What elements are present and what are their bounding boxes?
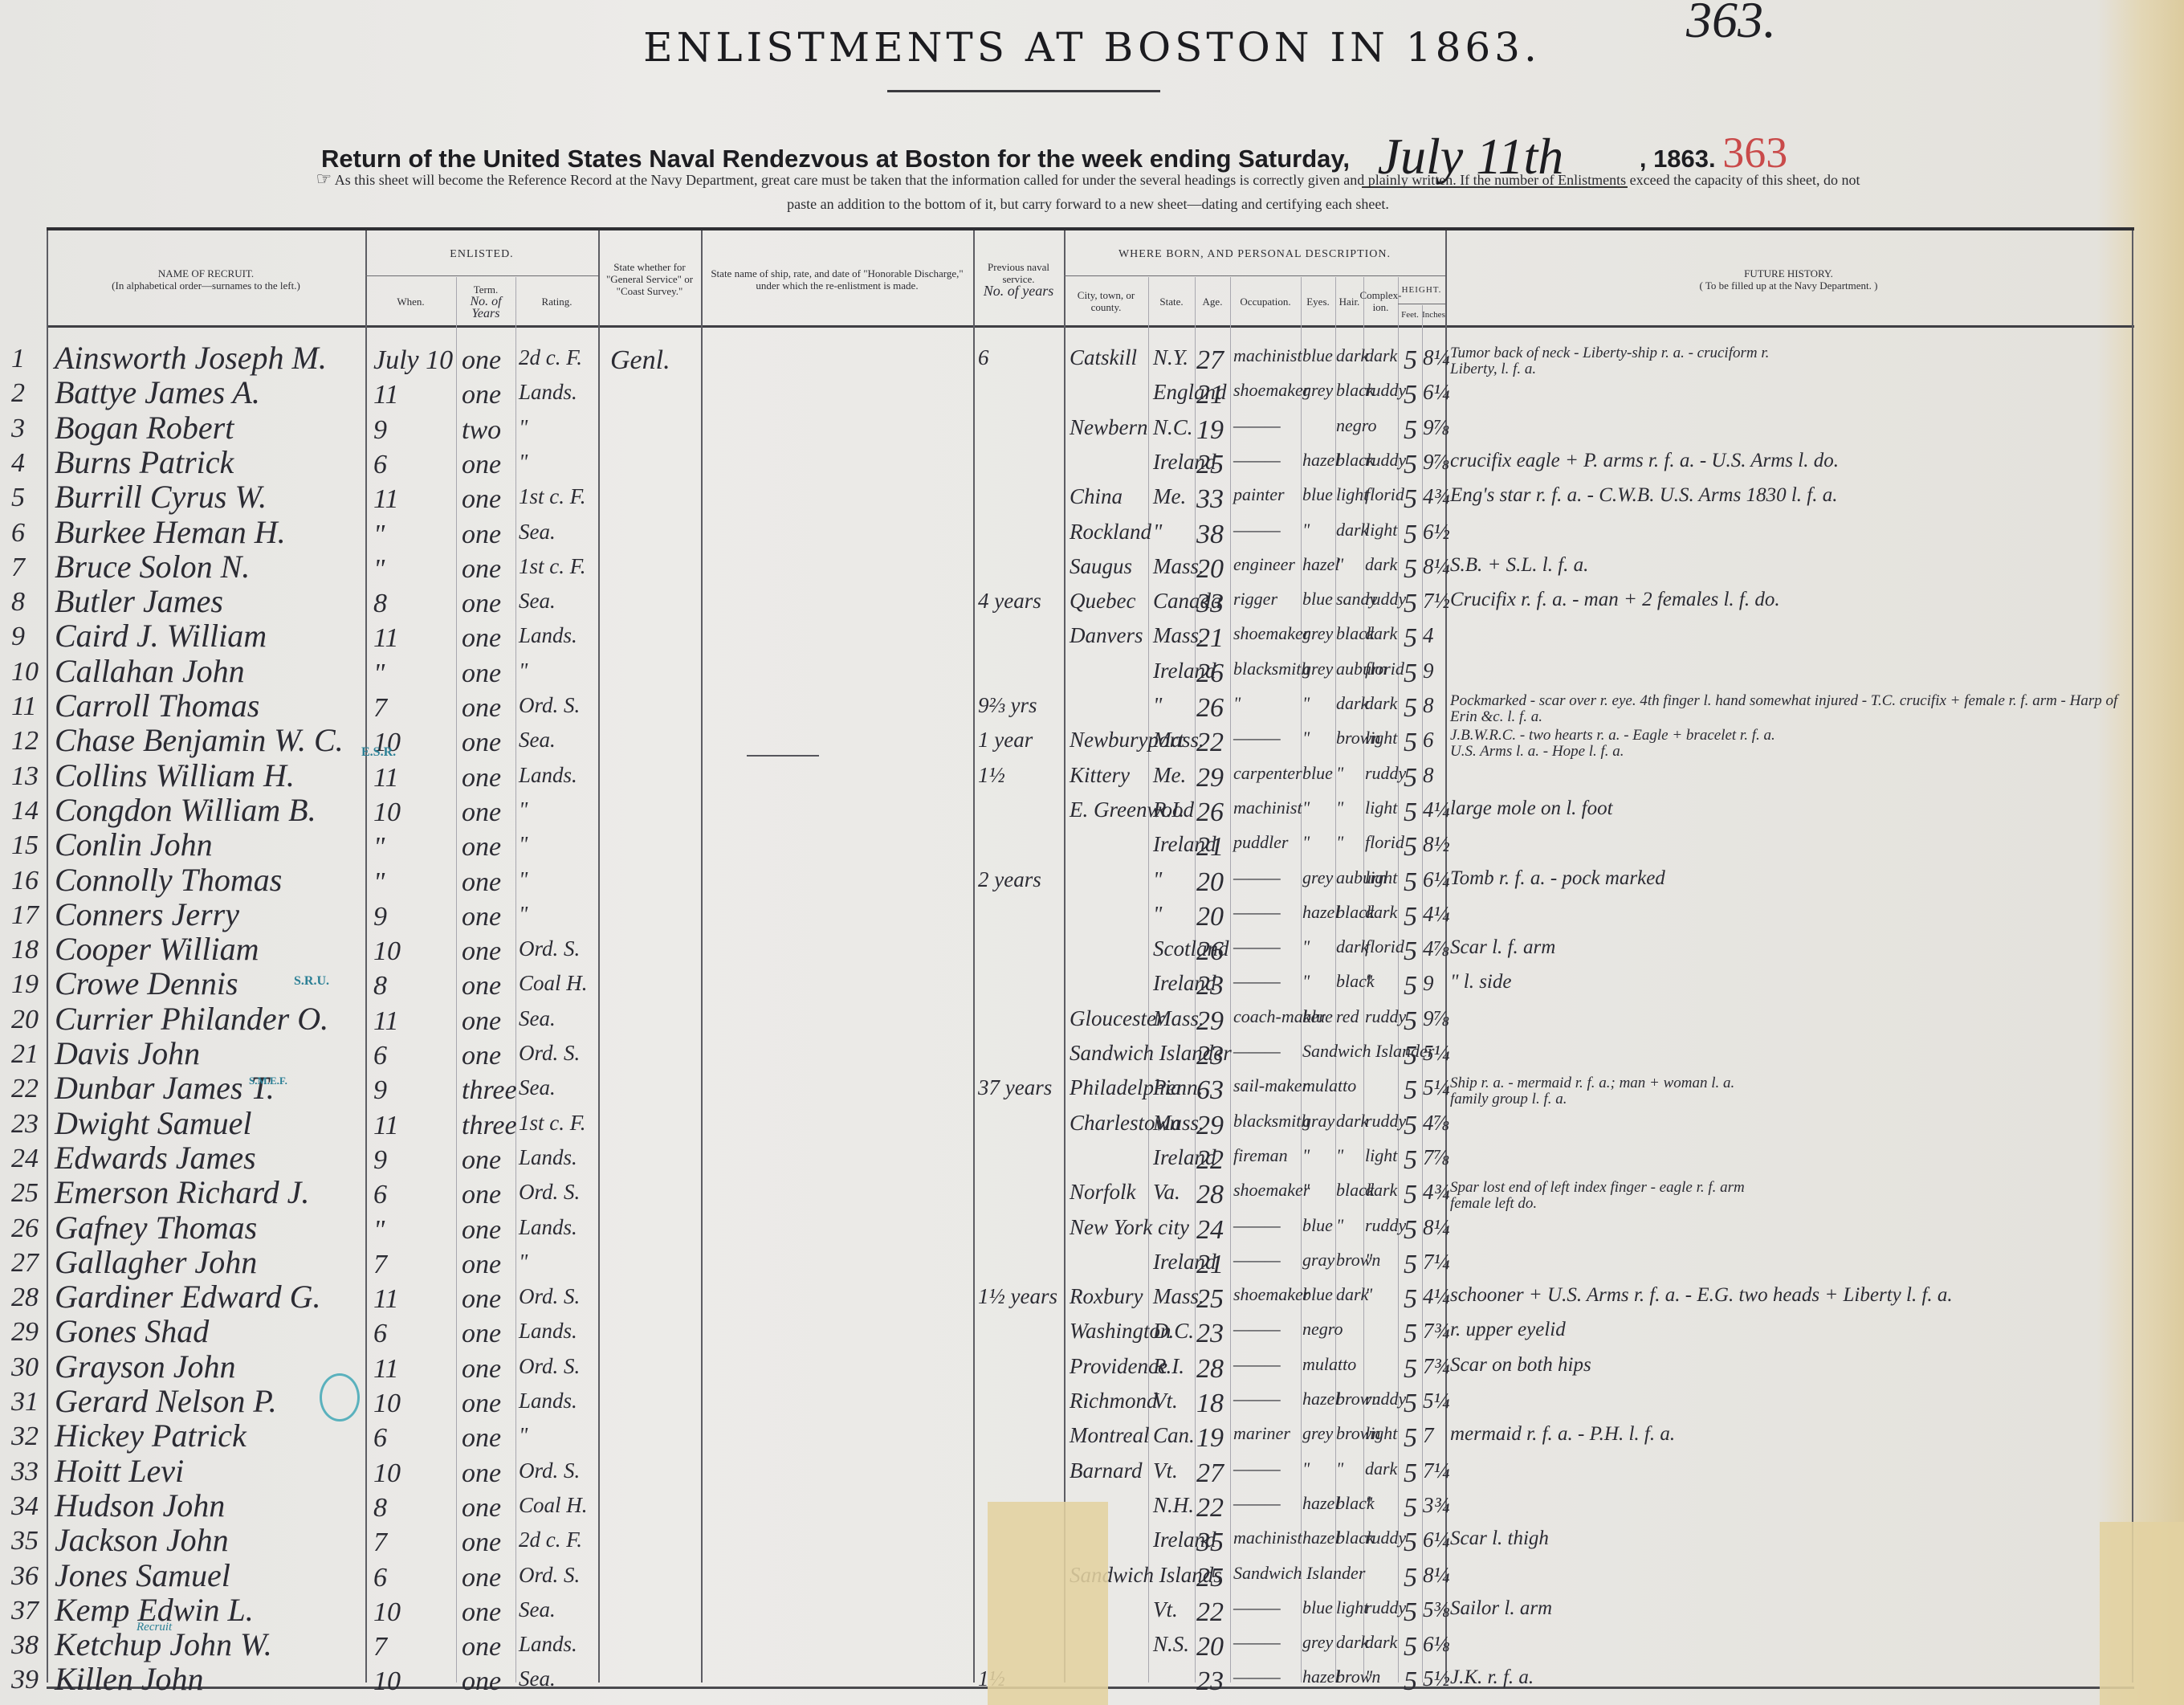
cell-rating: Sea. — [519, 1597, 556, 1622]
cell-rating: Coal H. — [519, 971, 588, 996]
cell-eyes: " — [1302, 832, 1310, 853]
cell-age: 27 — [1196, 1458, 1224, 1489]
cell-rating: " — [519, 902, 528, 927]
cell-comp: dark — [1365, 1632, 1397, 1653]
cell-when: " — [373, 1215, 385, 1246]
cell-occ: painter — [1233, 484, 1285, 505]
cell-n: 6 — [11, 518, 25, 549]
cell-eyes: blue — [1302, 1215, 1333, 1236]
cell-occ: ——— — [1233, 1354, 1281, 1375]
cell-comp: florid — [1365, 659, 1404, 679]
cell-rating: Lands. — [519, 1632, 577, 1657]
cell-when: 6 — [373, 1563, 387, 1593]
cell-rating: Lands. — [519, 1145, 577, 1170]
paper-tape-patch — [988, 1502, 1108, 1705]
cell-n: 16 — [11, 866, 39, 896]
blue-stamp-row19: S.R.U. — [294, 974, 329, 989]
cell-n: 36 — [11, 1561, 39, 1592]
cell-hair: " — [1336, 554, 1343, 575]
cell-occ: ——— — [1233, 1597, 1281, 1618]
cell-term: one — [462, 1458, 501, 1489]
cell-occ: machinist — [1233, 345, 1302, 366]
cell-state: " — [1153, 520, 1162, 545]
cell-age: 21 — [1196, 380, 1224, 410]
cell-hair: " — [1336, 1215, 1343, 1236]
cell-ft: 5 — [1404, 867, 1417, 898]
cell-in: 6 — [1423, 728, 1434, 753]
cell-state: " — [1153, 902, 1162, 927]
cell-n: 1 — [11, 344, 25, 374]
cell-city: China — [1070, 484, 1123, 509]
notice-line-2: paste an addition to the bottom of it, b… — [787, 196, 1389, 212]
cell-city: Newbern — [1070, 415, 1148, 440]
cell-eyes: grey — [1302, 1632, 1333, 1653]
cell-name: Cooper William — [55, 930, 259, 968]
cell-ft: 5 — [1404, 1041, 1417, 1071]
cell-when: 10 — [373, 1458, 401, 1489]
cell-eyes: blue — [1302, 1006, 1333, 1027]
cell-ft: 5 — [1404, 1528, 1417, 1558]
cell-in: 7¾ — [1423, 1319, 1450, 1344]
cell-occ: ——— — [1233, 1389, 1281, 1409]
cell-name: Gardiner Edward G. — [55, 1278, 320, 1315]
cell-in: 6¼ — [1423, 380, 1450, 405]
cell-name: Jones Samuel — [55, 1556, 230, 1594]
cell-hair: negro — [1336, 415, 1377, 436]
cell-term: one — [462, 693, 501, 724]
cell-age: 23 — [1196, 971, 1224, 1001]
cell-in: 5¼ — [1423, 1075, 1450, 1100]
cell-age: 35 — [1196, 1528, 1224, 1558]
cell-name: Gerard Nelson P. — [55, 1382, 277, 1420]
cell-n: 23 — [11, 1109, 39, 1140]
cell-when: 7 — [373, 1250, 387, 1280]
cell-notes: Ship r. a. - mermaid r. f. a.; man + wom… — [1450, 1075, 1734, 1091]
cell-comp: ruddy — [1365, 1006, 1406, 1027]
cell-state: Vt. — [1153, 1389, 1178, 1413]
cell-occ: ——— — [1233, 450, 1281, 471]
cell-state: Me. — [1153, 484, 1186, 509]
cell-city: Richmond — [1070, 1389, 1157, 1413]
cell-notes: large mole on l. foot — [1450, 797, 1613, 820]
cell-occ: carpenter — [1233, 763, 1302, 784]
cell-name: Currier Philander O. — [55, 1000, 328, 1038]
cell-when: 11 — [373, 380, 398, 410]
cell-comp: " — [1365, 1284, 1372, 1305]
cell-ft: 5 — [1404, 623, 1417, 654]
cell-ft: 5 — [1404, 554, 1417, 585]
cell-notes-continued: Erin &c. l. f. a. — [1450, 709, 1542, 724]
cell-rating: " — [519, 450, 528, 475]
header-honorable-discharge: State name of ship, rate, and date of "H… — [701, 233, 973, 325]
table-row: 25Emerson Richard J.6oneOrd. S.NorfolkVa… — [0, 1180, 2184, 1213]
cell-rating: Sea. — [519, 728, 556, 753]
header-height: HEIGHT. — [1398, 277, 1445, 304]
table-row: 23Dwight Samuel11three1st c. F.Charlesto… — [0, 1111, 2184, 1144]
cell-occ: ——— — [1233, 520, 1281, 540]
cell-state: " — [1153, 867, 1162, 892]
cell-eyes: blue — [1302, 345, 1333, 366]
cell-rating: Lands. — [519, 1319, 577, 1344]
table-row: 17Conners Jerry9one""20———hazelblackdark… — [0, 902, 2184, 936]
cell-n: 15 — [11, 830, 39, 861]
table-row: 32Hickey Patrick6one"MontrealCan.19marin… — [0, 1423, 2184, 1457]
cell-term: one — [462, 589, 501, 619]
cell-occ: sail-maker — [1233, 1075, 1309, 1096]
cell-occ: rigger — [1233, 589, 1277, 610]
cell-when: 9 — [373, 415, 387, 446]
cell-prev: 1½ years — [978, 1284, 1057, 1309]
cell-in: 8 — [1423, 763, 1434, 788]
cell-comp: light — [1365, 728, 1397, 748]
cell-comp: " — [1365, 1250, 1372, 1271]
cell-name: Bogan Robert — [55, 409, 234, 447]
cell-age: 33 — [1196, 589, 1224, 619]
cell-occ: ——— — [1233, 1215, 1281, 1236]
cell-term: one — [462, 1354, 501, 1385]
cell-term: one — [462, 1006, 501, 1037]
cell-notes: mermaid r. f. a. - P.H. l. f. a. — [1450, 1423, 1675, 1446]
cell-occ: puddler — [1233, 832, 1288, 853]
cell-rating: Sea. — [519, 589, 556, 614]
cell-in: 6¼ — [1423, 1528, 1450, 1552]
cell-n: 35 — [11, 1526, 39, 1556]
cell-name: Emerson Richard J. — [55, 1173, 309, 1211]
cell-term: one — [462, 1180, 501, 1210]
cell-name: Dwight Samuel — [55, 1104, 252, 1142]
cell-age: 29 — [1196, 1111, 1224, 1141]
header-where-born: WHERE BORN, AND PERSONAL DESCRIPTION. — [1064, 233, 1445, 275]
cell-when: 11 — [373, 763, 398, 793]
cell-eyes: hazel — [1302, 450, 1339, 471]
table-row: 9Caird J. William11oneLands.DanversMass.… — [0, 623, 2184, 657]
cell-term: one — [462, 1319, 501, 1349]
cell-in: 4¼ — [1423, 902, 1450, 927]
cell-in: 7 — [1423, 1423, 1434, 1448]
cell-city: Catskill — [1070, 345, 1137, 370]
cell-in: 6⅛ — [1423, 1632, 1450, 1657]
cell-ft: 5 — [1404, 1111, 1417, 1141]
cell-comp: florid — [1365, 484, 1404, 505]
cell-eyes: blue — [1302, 1597, 1333, 1618]
cell-age: 20 — [1196, 902, 1224, 932]
cell-ft: 5 — [1404, 1075, 1417, 1106]
cell-state: N.S. — [1153, 1632, 1189, 1657]
cell-n: 30 — [11, 1352, 39, 1383]
cell-name: Davis John — [55, 1034, 200, 1072]
cell-comp: light — [1365, 1145, 1397, 1166]
table-row: 24Edwards James9oneLands.Ireland22firema… — [0, 1145, 2184, 1179]
cell-state: R.I. — [1153, 797, 1184, 822]
cell-hair: dark — [1336, 936, 1368, 957]
cell-occ: ——— — [1233, 1319, 1281, 1340]
cell-occ: " — [1233, 693, 1241, 714]
cell-n: 2 — [11, 378, 25, 409]
cell-rating: Lands. — [519, 623, 577, 648]
header-subrule — [1064, 275, 1445, 276]
table-row: 20Currier Philander O.11oneSea.Glouceste… — [0, 1006, 2184, 1040]
cell-ft: 5 — [1404, 1006, 1417, 1037]
cell-name: Callahan John — [55, 652, 245, 690]
cell-term: one — [462, 936, 501, 967]
cell-occ: ——— — [1233, 1458, 1281, 1479]
cell-occ: ——— — [1233, 936, 1281, 957]
cell-age: 27 — [1196, 345, 1224, 376]
cell-age: 28 — [1196, 1180, 1224, 1210]
cell-name: Hickey Patrick — [55, 1417, 247, 1454]
cell-comp: ruddy — [1365, 1597, 1406, 1618]
cell-n: 25 — [11, 1178, 39, 1209]
header-enlisted: ENLISTED. — [365, 233, 598, 275]
cell-age: 25 — [1196, 1563, 1224, 1593]
cell-occ: shoemaker — [1233, 380, 1310, 401]
cell-n: 9 — [11, 622, 25, 652]
cell-hair: " — [1336, 797, 1343, 818]
cell-n: 17 — [11, 900, 39, 931]
cell-age: 29 — [1196, 1006, 1224, 1037]
cell-name: Conners Jerry — [55, 895, 239, 933]
table-row: 22Dunbar James T.9threeSea.37 yearsPhila… — [0, 1075, 2184, 1109]
cell-notes: " l. side — [1450, 971, 1511, 993]
cell-service: Genl. — [610, 345, 670, 376]
table-row: 12Chase Benjamin W. C.10oneSea.1 yearNew… — [0, 728, 2184, 761]
cell-age: 22 — [1196, 728, 1224, 758]
cell-when: 11 — [373, 484, 398, 515]
cell-comp: " — [1365, 971, 1372, 992]
table-row: 10Callahan John"one"Ireland26blacksmithg… — [0, 659, 2184, 692]
cell-hair: brown — [1336, 1666, 1380, 1687]
cell-age: 21 — [1196, 623, 1224, 654]
blue-stamp-row22: S.M.E.F. — [249, 1075, 287, 1087]
cell-name: Jackson John — [55, 1521, 229, 1559]
header-future-history: FUTURE HISTORY. ( To be filled up at the… — [1445, 233, 2132, 325]
table-row: 28Gardiner Edward G.11oneOrd. S.1½ years… — [0, 1284, 2184, 1318]
cell-prev: 6 — [978, 345, 989, 370]
cell-rating: 1st c. F. — [519, 484, 586, 509]
cell-ft: 5 — [1404, 1666, 1417, 1697]
cell-in: 9⅞ — [1423, 415, 1450, 440]
cell-comp: ruddy — [1365, 1389, 1406, 1409]
cell-in: 8¼ — [1423, 345, 1450, 370]
header-eyes: Eyes. — [1301, 277, 1335, 325]
cell-ft: 5 — [1404, 763, 1417, 793]
cell-name: Chase Benjamin W. C. — [55, 721, 344, 759]
cell-eyes: grey — [1302, 1423, 1333, 1444]
cell-when: 7 — [373, 693, 387, 724]
instruction-notice: ☞ As this sheet will become the Referenc… — [44, 167, 2132, 216]
cell-term: one — [462, 345, 501, 376]
cell-when: 10 — [373, 1666, 401, 1697]
cell-term: two — [462, 415, 501, 446]
cell-term: one — [462, 1423, 501, 1454]
cell-comp: dark — [1365, 345, 1397, 366]
cell-term: one — [462, 1145, 501, 1176]
cell-in: 5¼ — [1423, 1389, 1450, 1413]
cell-term: one — [462, 623, 501, 654]
header-term: Term. No. of Years — [456, 277, 515, 325]
cell-term: one — [462, 1493, 501, 1523]
cell-term: one — [462, 484, 501, 515]
cell-occ: ——— — [1233, 1632, 1281, 1653]
cell-in: 3¾ — [1423, 1493, 1450, 1518]
cell-when: 10 — [373, 936, 401, 967]
cell-ft: 5 — [1404, 971, 1417, 1001]
cell-when: 10 — [373, 1389, 401, 1419]
cell-in: 9 — [1423, 971, 1434, 996]
cell-rating: Sea. — [519, 1075, 556, 1100]
cell-rating: Ord. S. — [519, 1563, 580, 1588]
cell-city: Gloucester — [1070, 1006, 1164, 1031]
cell-when: 11 — [373, 1284, 398, 1315]
header-occupation: Occupation. — [1230, 277, 1301, 325]
cell-name: Collins William H. — [55, 757, 295, 794]
table-row: 5Burrill Cyrus W.11one1st c. F.ChinaMe.3… — [0, 484, 2184, 518]
cell-in: 9 — [1423, 659, 1434, 683]
cell-occ: Sandwich Islander — [1233, 1563, 1365, 1584]
cell-eyes: negro — [1302, 1319, 1343, 1340]
table-row: 1Ainsworth Joseph M.July 10one2d c. F.Ge… — [0, 345, 2184, 379]
table-row: 21Davis John6oneOrd. S.Sandwich Islander… — [0, 1041, 2184, 1075]
cell-comp: ruddy — [1365, 1215, 1406, 1236]
cell-rating: Ord. S. — [519, 1458, 580, 1483]
cell-rating: 2d c. F. — [519, 1528, 582, 1552]
table-row: 13Collins William H.11oneLands.1½Kittery… — [0, 763, 2184, 797]
cell-age: 25 — [1196, 450, 1224, 480]
cell-comp: light — [1365, 797, 1397, 818]
cell-comp: " — [1365, 1666, 1372, 1687]
cell-hair: dark — [1336, 345, 1368, 366]
cell-eyes: hazel — [1302, 902, 1339, 923]
cell-notes: schooner + U.S. Arms r. f. a. - E.G. two… — [1450, 1284, 1953, 1307]
cell-name: Hoitt Levi — [55, 1452, 184, 1490]
cell-name: Burrill Cyrus W. — [55, 478, 267, 516]
cell-occ: engineer — [1233, 554, 1295, 575]
cell-ft: 5 — [1404, 1145, 1417, 1176]
cell-name: Edwards James — [55, 1139, 256, 1177]
cell-n: 34 — [11, 1491, 39, 1522]
cell-in: 5¼ — [1423, 1041, 1450, 1066]
cell-when: 6 — [373, 1319, 387, 1349]
cell-term: one — [462, 1389, 501, 1419]
cell-occ: ——— — [1233, 1666, 1281, 1687]
cell-n: 18 — [11, 935, 39, 965]
cell-notes-continued: Liberty, l. f. a. — [1450, 361, 1536, 377]
cell-rating: Sea. — [519, 1666, 556, 1691]
cell-ft: 5 — [1404, 936, 1417, 967]
cell-in: 9⅞ — [1423, 1006, 1450, 1031]
cell-age: 23 — [1196, 1319, 1224, 1349]
cell-age: 29 — [1196, 763, 1224, 793]
cell-eyes: " — [1302, 728, 1310, 748]
cell-age: 22 — [1196, 1493, 1224, 1523]
cell-in: 4¾ — [1423, 484, 1450, 509]
cell-term: one — [462, 832, 501, 863]
cell-term: one — [462, 1041, 501, 1071]
cell-occ: ——— — [1233, 867, 1281, 888]
cell-hair: dark — [1336, 1632, 1368, 1653]
cell-when: 6 — [373, 1423, 387, 1454]
cell-age: 21 — [1196, 1250, 1224, 1280]
cell-age: 63 — [1196, 1075, 1224, 1106]
cell-hair: dark — [1336, 693, 1368, 714]
cell-notes: Crucifix r. f. a. - man + 2 females l. f… — [1450, 589, 1780, 611]
cell-notes: J.B.W.R.C. - two hearts r. a. - Eagle + … — [1450, 728, 1775, 743]
header-name-of-recruit: NAME OF RECRUIT. (In alphabetical order—… — [47, 233, 365, 325]
cell-occ: ——— — [1233, 415, 1281, 436]
cell-eyes: " — [1302, 797, 1310, 818]
cell-term: three — [462, 1075, 517, 1106]
cell-hair: dark — [1336, 1111, 1368, 1132]
cell-state: Vt. — [1153, 1597, 1178, 1622]
cell-age: 26 — [1196, 797, 1224, 828]
cell-name: Burns Patrick — [55, 443, 234, 481]
blue-stamp-row38: Recruit — [136, 1621, 172, 1634]
cell-ft: 5 — [1404, 1284, 1417, 1315]
cell-eyes: blue — [1302, 1284, 1333, 1305]
cell-ft: 5 — [1404, 832, 1417, 863]
cell-state: Me. — [1153, 763, 1186, 788]
cell-when: 10 — [373, 797, 401, 828]
circled-initial-mark — [320, 1373, 360, 1422]
cell-state: Vt. — [1153, 1458, 1178, 1483]
cell-hair: " — [1336, 832, 1343, 853]
cell-in: 8¼ — [1423, 554, 1450, 579]
cell-n: 28 — [11, 1283, 39, 1313]
cell-rating: Ord. S. — [519, 1041, 580, 1066]
cell-rating: Coal H. — [519, 1493, 588, 1518]
cell-rating: Ord. S. — [519, 1180, 580, 1205]
cell-n: 38 — [11, 1630, 39, 1661]
cell-notes: r. upper eyelid — [1450, 1319, 1566, 1341]
cell-when: July 10 — [373, 345, 453, 376]
cell-rating: Sea. — [519, 1006, 556, 1031]
cell-in: 8¼ — [1423, 1215, 1450, 1240]
cell-name: Crowe Dennis — [55, 965, 238, 1002]
cell-n: 39 — [11, 1665, 39, 1695]
cell-occ: ——— — [1233, 902, 1281, 923]
cell-ft: 5 — [1404, 693, 1417, 724]
cell-term: one — [462, 728, 501, 758]
cell-in: 7½ — [1423, 589, 1450, 614]
cell-rating: Ord. S. — [519, 693, 580, 718]
cell-state: Penn. — [1153, 1075, 1203, 1100]
cell-in: 8 — [1423, 693, 1434, 718]
cell-comp: dark — [1365, 693, 1397, 714]
page-title: ENLISTMENTS AT BOSTON IN 1863. — [0, 24, 2184, 71]
cell-eyes: gray — [1302, 1111, 1334, 1132]
cell-term: one — [462, 450, 501, 480]
cell-rating: " — [519, 659, 528, 683]
cell-notes: Scar l. thigh — [1450, 1528, 1549, 1550]
cell-rating: " — [519, 415, 528, 440]
cell-name: Conlin John — [55, 826, 213, 863]
cell-hair: " — [1336, 1458, 1343, 1479]
cell-occ: blacksmith — [1233, 659, 1310, 679]
cell-in: 7⅞ — [1423, 1145, 1450, 1170]
cell-in: 4¾ — [1423, 1180, 1450, 1205]
cell-name: Gafney Thomas — [55, 1209, 257, 1246]
cell-when: 6 — [373, 1180, 387, 1210]
cell-rating: 2d c. F. — [519, 345, 582, 370]
table-row: 2Battye James A.11oneLands.England21shoe… — [0, 380, 2184, 414]
cell-n: 29 — [11, 1317, 39, 1348]
cell-term: one — [462, 867, 501, 898]
cell-ft: 5 — [1404, 728, 1417, 758]
cell-in: 5½ — [1423, 1666, 1450, 1691]
blue-stamp-row12: E.S.R. — [361, 745, 396, 760]
header-complexion: Complex-ion. — [1363, 277, 1398, 325]
cell-n: 12 — [11, 726, 39, 757]
